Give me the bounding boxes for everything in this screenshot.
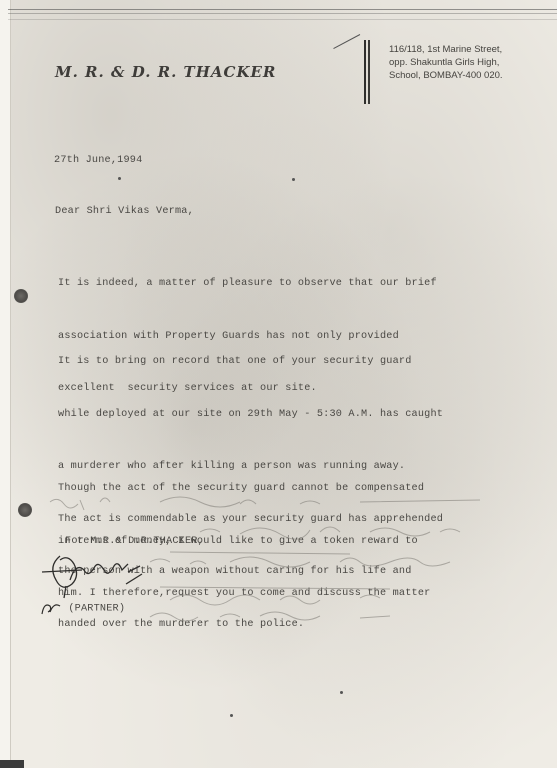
letter-salutation: Dear Shri Vikas Verma, [55, 206, 194, 217]
scan-streak [8, 19, 557, 20]
punch-hole [18, 503, 32, 517]
text-line: It is to bring on record that one of you… [58, 353, 443, 371]
scan-speck [292, 178, 295, 181]
punch-hole [14, 289, 28, 303]
scan-speck [340, 691, 343, 694]
letterhead-decoration [333, 34, 360, 49]
letterhead-company-name: M. R. & D. R. THACKER [55, 63, 276, 81]
letter-date: 27th June,1994 [54, 155, 142, 166]
address-line: 116/118, 1st Marine Street, [389, 43, 503, 56]
signature-mark [40, 550, 150, 600]
scan-streak [8, 9, 557, 10]
initials-mark [40, 600, 62, 616]
text-line: while deployed at our site on 29th May -… [58, 406, 443, 424]
text-line: It is indeed, a matter of pleasure to ob… [58, 275, 437, 293]
letter-closing: For M.R.& D.R.THACKER, [65, 536, 204, 547]
signatory-title: (PARTNER) [68, 604, 125, 615]
scanned-letter-page: M. R. & D. R. THACKER 116/118, 1st Marin… [0, 0, 557, 768]
page-margin [0, 0, 11, 768]
letterhead-address: 116/118, 1st Marine Street, opp. Shakunt… [389, 43, 503, 82]
signatory: (PARTNER) [40, 600, 125, 616]
address-line: opp. Shakuntla Girls High, [389, 56, 503, 69]
page-corner [0, 760, 24, 768]
scan-speck [230, 714, 233, 717]
address-line: School, BOMBAY-400 020. [389, 69, 503, 82]
scan-speck [118, 177, 121, 180]
scan-streak [8, 13, 557, 14]
letterhead-divider [364, 40, 366, 104]
